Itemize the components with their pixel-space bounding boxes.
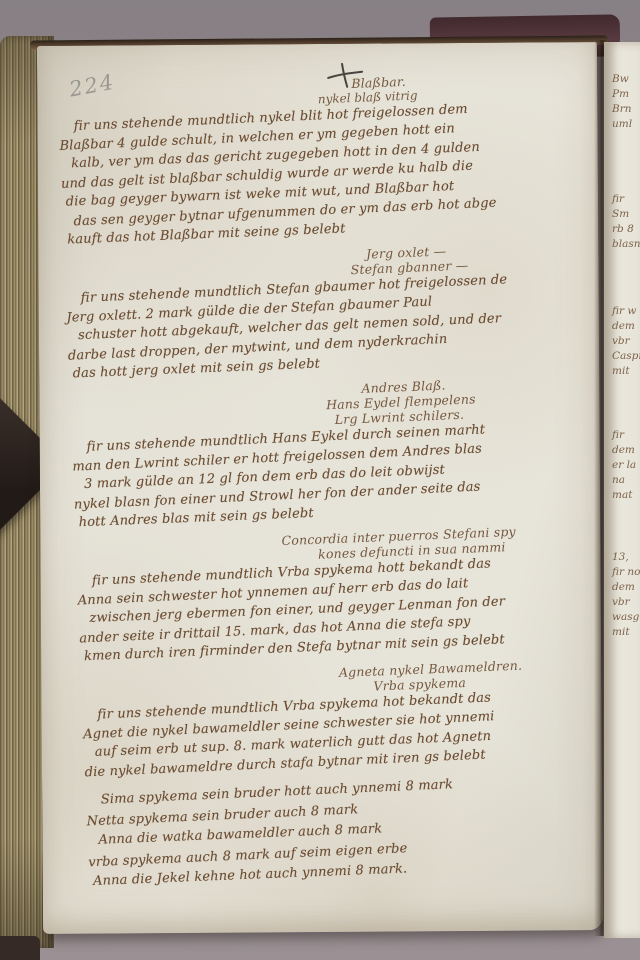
facing-text-fragment: fir w: [612, 304, 640, 319]
facing-text-fragment: fir no: [612, 565, 640, 580]
facing-text-group: 13,fir nodemvbrwasgrmit: [612, 550, 640, 640]
entry-section: Sima spykema sein bruder hott auch ynnem…: [85, 770, 605, 893]
facing-text-fragment: dem: [612, 443, 640, 458]
facing-text-fragment: mit: [612, 625, 640, 640]
facing-text-group: firSmrb 8blasn: [612, 192, 640, 252]
entry-section: Concordia inter puerros Stefani spykones…: [75, 521, 596, 667]
facing-text-fragment: wasgr: [612, 610, 640, 625]
facing-text-fragment: Sm: [612, 207, 640, 222]
facing-text-fragment: vbr: [612, 595, 640, 610]
photo-background: 224 Blaßbar. nykel blaß vitrig fir uns s…: [0, 0, 640, 960]
book-cover-bottom-corner: [0, 936, 40, 960]
section-body: fir uns stehende mundtlich Stefan gbaume…: [65, 268, 584, 384]
facing-page-sliver: BwPmBrnuml firSmrb 8blasn fir wdemvbrCas…: [604, 42, 640, 938]
facing-text-fragment: uml: [612, 117, 640, 132]
facing-text-fragment: rb 8: [612, 222, 640, 237]
entry-section: Jerg oxlet —Stefan gbanner — fir uns ste…: [64, 238, 585, 384]
facing-text-fragment: Bw: [612, 72, 640, 87]
facing-text-fragment: mit: [612, 364, 640, 379]
facing-text-fragment: blasn: [612, 237, 640, 252]
section-body: Sima spykema sein bruder hott auch ynnem…: [85, 770, 605, 893]
handwritten-text-block: Blaßbar. nykel blaß vitrig fir uns stehe…: [57, 67, 605, 893]
facing-text-fragment: Brn: [612, 102, 640, 117]
section-body: fir uns stehende mundtlich Hans Eykel du…: [71, 417, 590, 533]
entry-section: Agneta nykel Bawameldren.Vrba spykema fi…: [81, 655, 601, 782]
facing-text-fragment: na: [612, 473, 640, 488]
facing-text-group: BwPmBrnuml: [612, 72, 640, 132]
facing-text-fragment: er la: [612, 458, 640, 473]
entry-section: Andres Blaß.Hans Eydel flempelensLrg Lwr…: [69, 372, 590, 533]
facing-text-fragment: mat: [612, 488, 640, 503]
entry-section: Blaßbar. nykel blaß vitrig fir uns stehe…: [57, 67, 579, 250]
facing-text-fragment: 13,: [612, 550, 640, 565]
facing-text-fragment: vbr: [612, 334, 640, 349]
facing-text-fragment: dem: [612, 319, 640, 334]
facing-text-fragment: Pm: [612, 87, 640, 102]
facing-text-fragment: Caspr: [612, 349, 640, 364]
facing-text-fragment: dem: [612, 580, 640, 595]
section-body: fir uns stehende mundtlich Vrba spykema …: [77, 551, 596, 667]
section-body: fir uns stehende mundtlich nykel blit ho…: [58, 96, 579, 250]
facing-text-fragment: fir: [612, 428, 640, 443]
facing-text-fragment: fir: [612, 192, 640, 207]
manuscript-left-page: 224 Blaßbar. nykel blaß vitrig fir uns s…: [37, 42, 603, 934]
facing-text-group: fir wdemvbrCasprmit: [612, 304, 640, 379]
facing-text-group: firdemer lanamat: [612, 428, 640, 503]
